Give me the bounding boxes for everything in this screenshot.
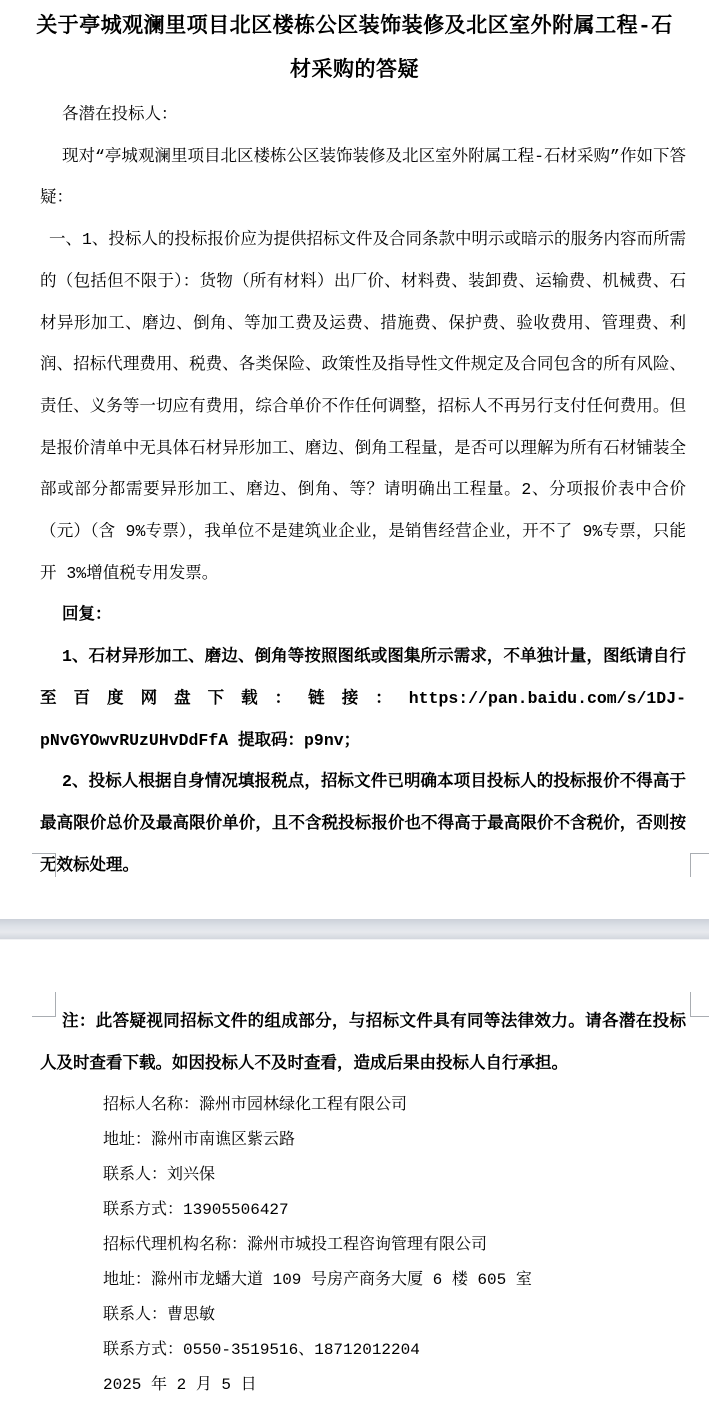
page1-bottom-right-margin-mark — [690, 853, 709, 877]
document-page-2: 注：此答疑视同招标文件的组成部分，与招标文件具有同等法律效力。请各潜在投标人及时… — [0, 940, 709, 1425]
salutation-paragraph: 各潜在投标人： — [40, 94, 686, 136]
intro-paragraph: 现对“亭城观澜里项目北区楼栋公区装饰装修及北区室外附属工程-石材采购”作如下答疑… — [40, 136, 686, 219]
question-paragraph: 一、1、投标人的投标报价应为提供招标文件及合同条款中明示或暗示的服务内容而所需的… — [40, 219, 686, 594]
document-page-1: 关于亭城观澜里项目北区楼栋公区装饰装修及北区室外附属工程-石 材采购的答疑 各潜… — [0, 0, 709, 919]
note-paragraph: 注：此答疑视同招标文件的组成部分，与招标文件具有同等法律效力。请各潜在投标人及时… — [0, 940, 709, 1084]
agency-phone-line: 联系方式：0550-3519516、18712012204 — [103, 1333, 686, 1368]
agency-name-line: 招标代理机构名称：滁州市城投工程咨询管理有限公司 — [103, 1228, 686, 1263]
tenderer-address-line: 地址：滁州市南谯区紫云路 — [103, 1123, 686, 1158]
agency-contact-person-line: 联系人：曹思敏 — [103, 1298, 686, 1333]
document-view: 关于亭城观澜里项目北区楼栋公区装饰装修及北区室外附属工程-石 材采购的答疑 各潜… — [0, 0, 709, 1425]
page2-top-left-margin-mark — [32, 992, 56, 1017]
tenderer-contact-person-line: 联系人：刘兴保 — [103, 1158, 686, 1193]
document-title: 关于亭城观澜里项目北区楼栋公区装饰装修及北区室外附属工程-石 材采购的答疑 — [0, 0, 709, 94]
page-separator — [0, 919, 709, 940]
document-date-line: 2025 年 2 月 5 日 — [103, 1368, 686, 1403]
contact-info: 招标人名称：滁州市园林绿化工程有限公司 地址：滁州市南谯区紫云路 联系人：刘兴保… — [0, 1088, 709, 1403]
tenderer-name-line: 招标人名称：滁州市园林绿化工程有限公司 — [103, 1088, 686, 1123]
reply-paragraph-1: 1、石材异形加工、磨边、倒角等按照图纸或图集所示需求，不单独计量，图纸请自行至百… — [40, 636, 686, 761]
page1-bottom-left-margin-mark — [32, 853, 56, 877]
page2-top-right-margin-mark — [690, 992, 709, 1017]
document-title-line-1: 关于亭城观澜里项目北区楼栋公区装饰装修及北区室外附属工程-石 — [0, 6, 709, 50]
reply-label: 回复： — [40, 594, 686, 636]
tenderer-phone-line: 联系方式：13905506427 — [103, 1193, 686, 1228]
document-title-line-2: 材采购的答疑 — [0, 50, 709, 94]
document-body: 各潜在投标人： 现对“亭城观澜里项目北区楼栋公区装饰装修及北区室外附属工程-石材… — [0, 94, 709, 886]
reply-paragraph-2: 2、投标人根据自身情况填报税点，招标文件已明确本项目投标人的投标报价不得高于最高… — [40, 761, 686, 886]
agency-address-line: 地址：滁州市龙蟠大道 109 号房产商务大厦 6 楼 605 室 — [103, 1263, 686, 1298]
